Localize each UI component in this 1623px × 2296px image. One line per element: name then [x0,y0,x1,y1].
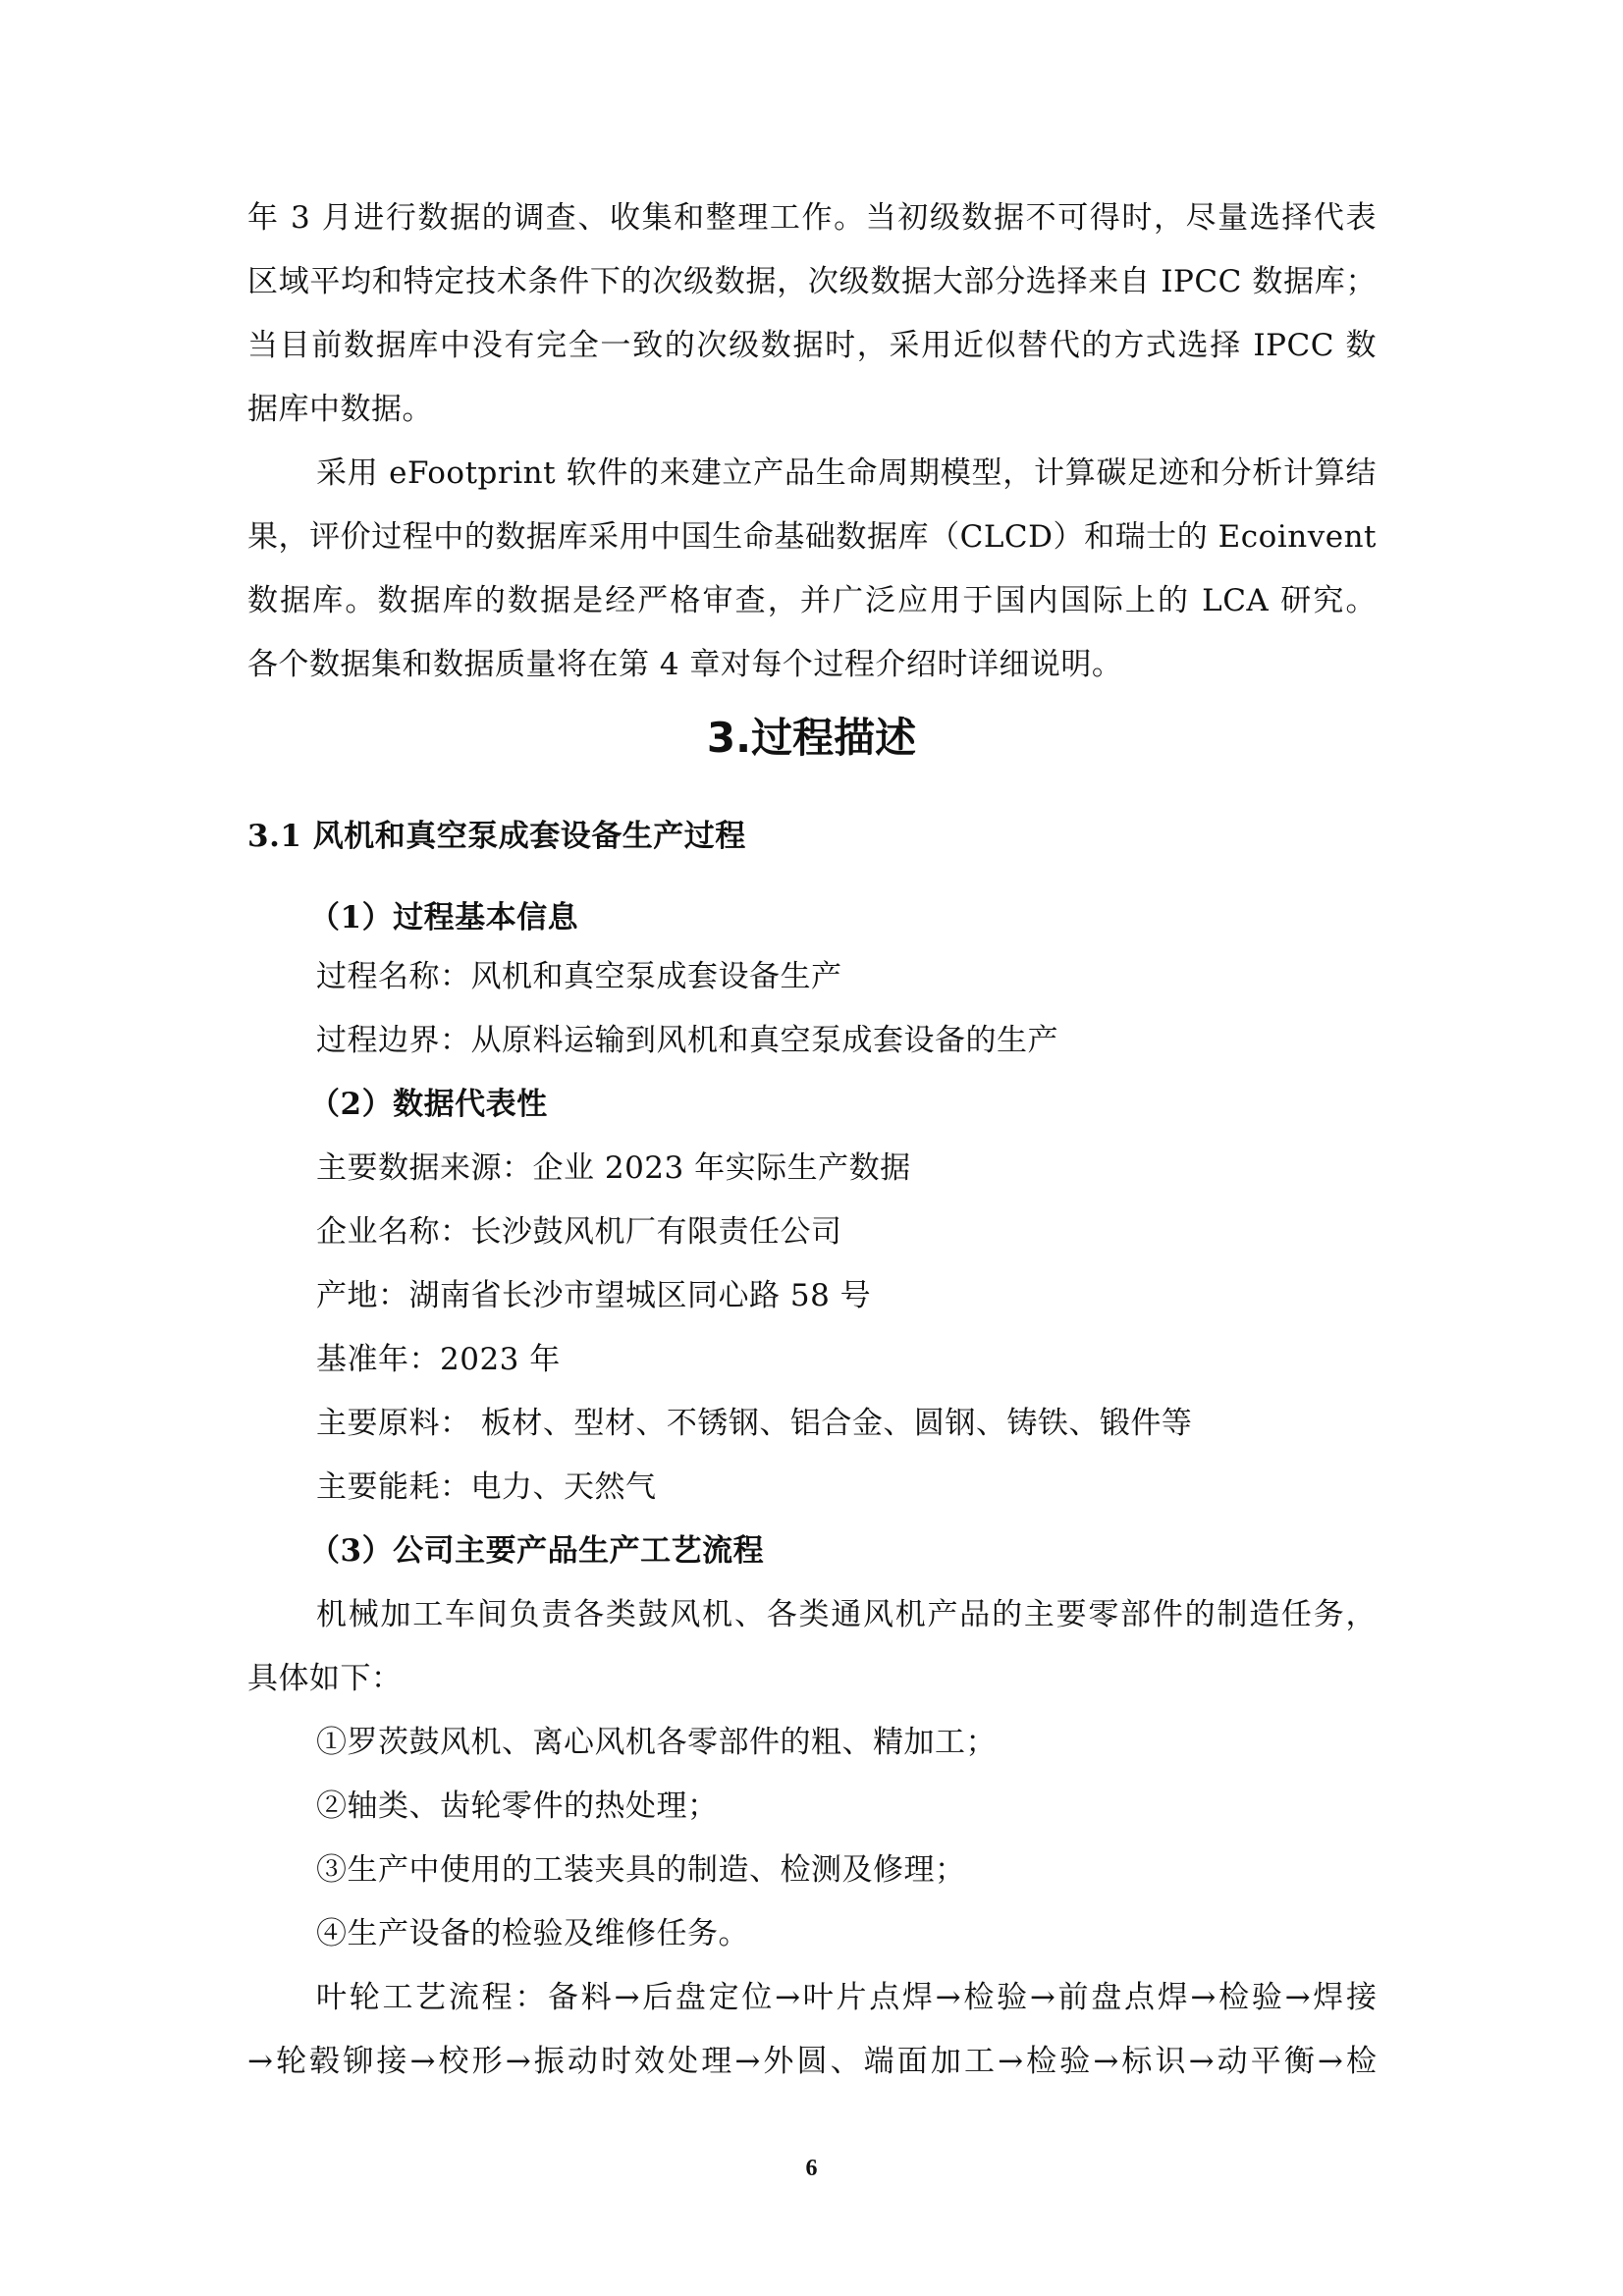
task-item: ③生产中使用的工装夹具的制造、检测及修理； [316,1850,1377,1890]
paragraph-line: 各个数据集和数据质量将在第 4 章对每个过程介绍时详细说明。 [247,645,1377,684]
info-item: 产地：湖南省长沙市望城区同心路 58 号 [316,1276,1377,1315]
paragraph-line: 年 3 月进行数据的调查、收集和整理工作。当初级数据不可得时，尽量选择代表 [247,198,1377,238]
process-flow-line: →轮毂铆接→校形→振动时效处理→外圆、端面加工→检验→标识→动平衡→检 [247,2042,1377,2081]
subsection-heading: （1）过程基本信息 [309,898,1438,937]
info-item: 基准年：2023 年 [316,1340,1377,1379]
paragraph-line: 具体如下： [247,1659,1377,1698]
paragraph-line: 区域平均和特定技术条件下的次级数据，次级数据大部分选择来自 IPCC 数据库； [247,262,1377,301]
subsection-heading: （2）数据代表性 [309,1085,1438,1124]
document-page: 年 3 月进行数据的调查、收集和整理工作。当初级数据不可得时，尽量选择代表 区域… [0,0,1623,2296]
task-item: ②轴类、齿轮零件的热处理； [316,1787,1377,1826]
info-item: 主要数据来源：企业 2023 年实际生产数据 [316,1148,1377,1188]
page-number: 6 [0,2156,1623,2182]
paragraph-line: 当目前数据库中没有完全一致的次级数据时，采用近似替代的方式选择 IPCC 数 [247,326,1377,365]
info-item: 主要原料： 板材、型材、不锈钢、铝合金、圆钢、铸铁、锻件等 [316,1404,1377,1443]
paragraph-line: 机械加工车间负责各类鼓风机、各类通风机产品的主要零部件的制造任务， [316,1595,1377,1634]
info-item: 过程边界：从原料运输到风机和真空泵成套设备的生产 [316,1021,1377,1060]
info-item: 主要能耗：电力、天然气 [316,1468,1377,1507]
paragraph-line: 采用 eFootprint 软件的来建立产品生命周期模型，计算碳足迹和分析计算结 [316,454,1377,493]
info-item: 企业名称：长沙鼓风机厂有限责任公司 [316,1212,1377,1252]
subsection-heading: （3）公司主要产品生产工艺流程 [309,1531,1438,1571]
paragraph-line: 据库中数据。 [247,390,1377,429]
paragraph-line: 果，评价过程中的数据库采用中国生命基础数据库（CLCD）和瑞士的 Ecoinve… [247,517,1377,557]
info-item: 过程名称：风机和真空泵成套设备生产 [316,957,1377,996]
task-item: ④生产设备的检验及维修任务。 [316,1914,1377,1953]
paragraph-line: 数据库。数据库的数据是经严格审查，并广泛应用于国内国际上的 LCA 研究。 [247,581,1377,620]
process-flow-line: 叶轮工艺流程：备料→后盘定位→叶片点焊→检验→前盘点焊→检验→焊接 [316,1978,1377,2017]
task-item: ①罗茨鼓风机、离心风机各零部件的粗、精加工； [316,1723,1377,1762]
chapter-title: 3.过程描述 [0,713,1623,764]
section-heading: 3.1 风机和真空泵成套设备生产过程 [247,817,1377,856]
